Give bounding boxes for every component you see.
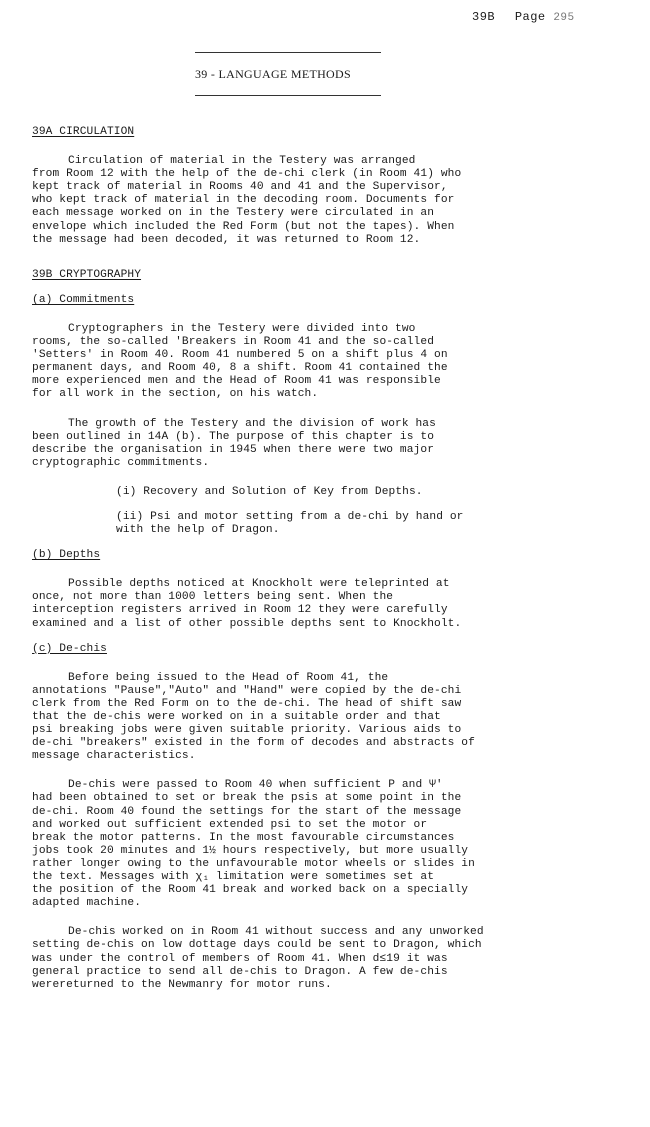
commitment-item-1: (i) Recovery and Solution of Key from De… bbox=[116, 486, 632, 499]
depths-paragraph: Possible depths noticed at Knockholt wer… bbox=[32, 578, 632, 630]
title-rule-bottom bbox=[195, 95, 381, 96]
section-heading-circulation: 39A CIRCULATION bbox=[32, 126, 632, 139]
subheading-commitments: (a) Commitments bbox=[32, 294, 632, 307]
page-label: Page bbox=[515, 10, 546, 24]
title-rule-top bbox=[195, 52, 381, 53]
commitment-item-2: (ii) Psi and motor setting from a de-chi… bbox=[116, 511, 632, 537]
dechis-paragraph-3: De-chis worked on in Room 41 without suc… bbox=[32, 926, 632, 991]
commitments-paragraph-1: Cryptographers in the Testery were divid… bbox=[32, 323, 632, 402]
dechis-paragraph-1: Before being issued to the Head of Room … bbox=[32, 672, 632, 764]
subheading-depths: (b) Depths bbox=[32, 549, 632, 562]
circulation-paragraph: Circulation of material in the Testery w… bbox=[32, 155, 632, 247]
chapter-title-block: 39 - LANGUAGE METHODS bbox=[195, 52, 381, 96]
chapter-title: 39 - LANGUAGE METHODS bbox=[195, 67, 381, 82]
section-heading-cryptography: 39B CRYPTOGRAPHY bbox=[32, 269, 632, 282]
page-header: 39B Page 295 bbox=[472, 10, 575, 24]
document-body: 39A CIRCULATION Circulation of material … bbox=[32, 126, 632, 992]
commitments-paragraph-2: The growth of the Testery and the divisi… bbox=[32, 418, 632, 470]
document-reference: 39B bbox=[472, 10, 495, 24]
page-number: 295 bbox=[553, 12, 574, 24]
dechis-paragraph-2: De-chis were passed to Room 40 when suff… bbox=[32, 779, 632, 910]
subheading-dechis: (c) De-chis bbox=[32, 643, 632, 656]
